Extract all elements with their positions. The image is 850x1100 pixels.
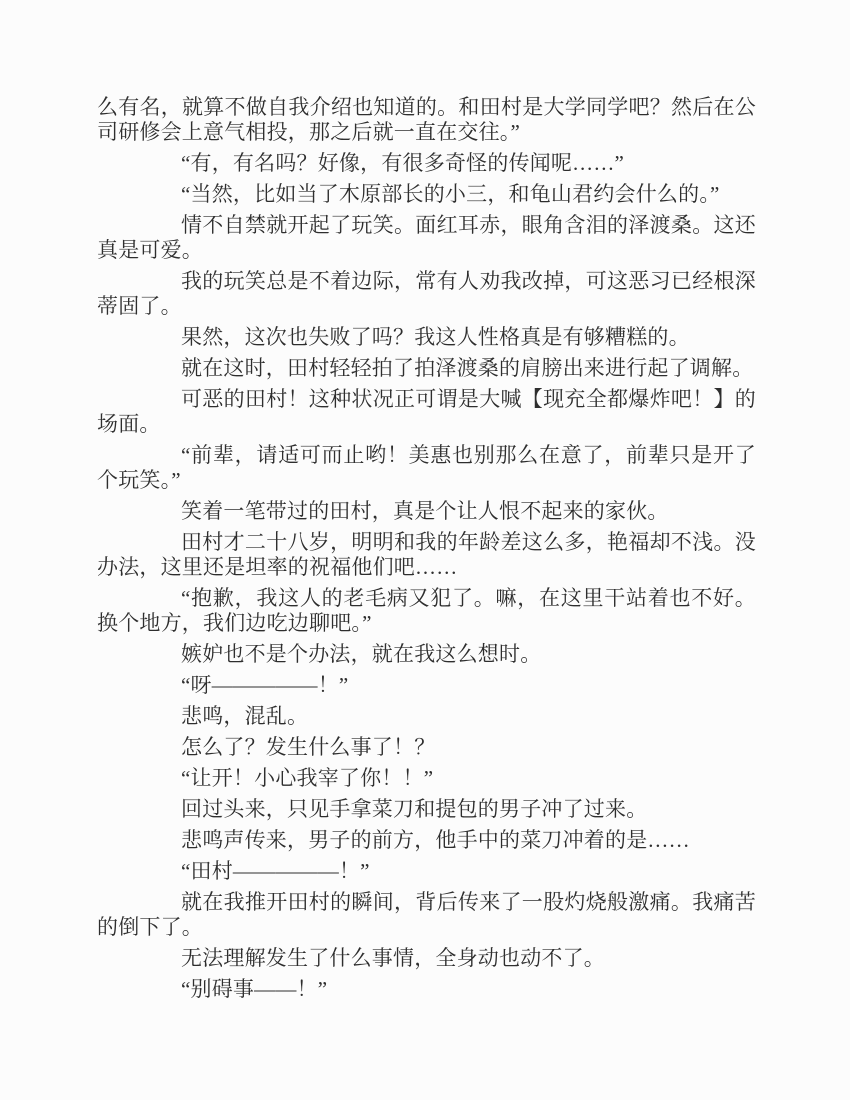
paragraph: “别碍事——！” — [97, 977, 756, 1002]
paragraph: 回过头来，只见手拿菜刀和提包的男子冲了过来。 — [97, 797, 756, 822]
paragraph: 可恶的田村！这种状况正可谓是大喊【现充全都爆炸吧！】的场面。 — [97, 387, 756, 437]
paragraph: 我的玩笑总是不着边际，常有人劝我改掉，可这恶习已经根深蒂固了。 — [97, 269, 756, 319]
paragraph: 嫉妒也不是个办法，就在我这么想时。 — [97, 642, 756, 667]
paragraph: 就在我推开田村的瞬间，背后传来了一股灼烧般激痛。我痛苦的倒下了。 — [97, 890, 756, 940]
paragraph: “有，有名吗？好像，有很多奇怪的传闻呢……” — [97, 151, 756, 176]
paragraph: “让开！小心我宰了你！！” — [97, 766, 756, 791]
document-page: 么有名，就算不做自我介绍也知道的。和田村是大学同学吧？然后在公司研修会上意气相投… — [0, 0, 850, 1100]
paragraph: “前辈，请适可而止哟！美惠也别那么在意了，前辈只是开了个玩笑。” — [97, 443, 756, 493]
paragraph: “当然，比如当了木原部长的小三，和龟山君约会什么的。” — [97, 182, 756, 207]
paragraph: 就在这时，田村轻轻拍了拍泽渡桑的肩膀出来进行起了调解。 — [97, 356, 756, 381]
paragraph: 么有名，就算不做自我介绍也知道的。和田村是大学同学吧？然后在公司研修会上意气相投… — [97, 95, 756, 145]
paragraph: 悲鸣，混乱。 — [97, 704, 756, 729]
paragraph: “田村—————！” — [97, 859, 756, 884]
paragraph: 笑着一笔带过的田村，真是个让人恨不起来的家伙。 — [97, 499, 756, 524]
paragraph: 情不自禁就开起了玩笑。面红耳赤，眼角含泪的泽渡桑。这还真是可爱。 — [97, 213, 756, 263]
page-text: 么有名，就算不做自我介绍也知道的。和田村是大学同学吧？然后在公司研修会上意气相投… — [97, 95, 756, 1008]
paragraph: “抱歉，我这人的老毛病又犯了。嘛，在这里干站着也不好。换个地方，我们边吃边聊吧。… — [97, 586, 756, 636]
paragraph: 无法理解发生了什么事情，全身动也动不了。 — [97, 946, 756, 971]
paragraph: “呀—————！” — [97, 673, 756, 698]
paragraph: 怎么了？发生什么事了！？ — [97, 735, 756, 760]
paragraph: 田村才二十八岁，明明和我的年龄差这么多，艳福却不浅。没办法，这里还是坦率的祝福他… — [97, 530, 756, 580]
paragraph: 悲鸣声传来，男子的前方，他手中的菜刀冲着的是…… — [97, 828, 756, 853]
paragraph: 果然，这次也失败了吗？我这人性格真是有够糟糕的。 — [97, 325, 756, 350]
